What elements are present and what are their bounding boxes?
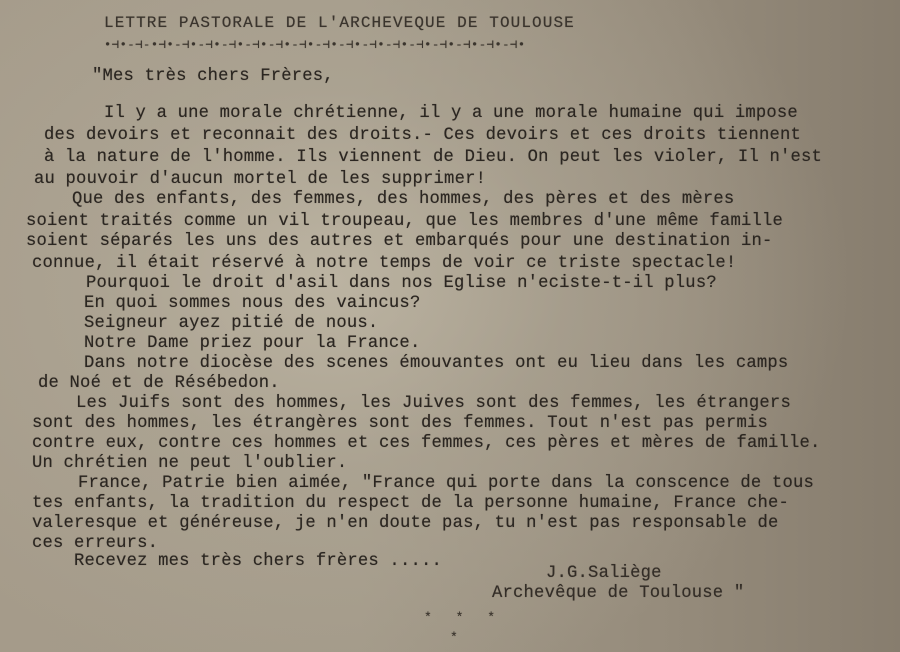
salutation: "Mes très chers Frères,	[92, 67, 334, 87]
body-line: de Noé et de Résébedon.	[38, 374, 280, 394]
body-line: ces erreurs.	[32, 534, 158, 554]
body-line: Il y a une morale chrétienne, il y a une…	[104, 104, 798, 124]
body-line: Pourquoi le droit d'asil dans nos Eglise…	[86, 274, 717, 294]
body-line: soient traités comme un vil troupeau, qu…	[26, 212, 783, 232]
body-line: connue, il était réservé à notre temps d…	[32, 254, 736, 274]
closing-ornament-star: *	[450, 628, 466, 648]
body-line: Dans notre diocèse des scenes émouvantes…	[84, 354, 788, 374]
body-line: Les Juifs sont des hommes, les Juives so…	[76, 394, 791, 414]
body-line: des devoirs et reconnait des droits.- Ce…	[44, 126, 801, 146]
closing-ornament-row: * * *	[424, 608, 503, 628]
body-line: Seigneur ayez pitié de nous.	[84, 314, 378, 334]
body-line: à la nature de l'homme. Ils viennent de …	[44, 148, 822, 168]
letter-title: LETTRE PASTORALE DE L'ARCHEVEQUE DE TOUL…	[104, 13, 575, 33]
body-line: au pouvoir d'aucun mortel de les supprim…	[34, 170, 486, 190]
body-line: Recevez mes très chers frères .....	[74, 552, 442, 572]
body-line: Notre Dame priez pour la France.	[84, 334, 420, 354]
signature-name: J.G.Saliège	[546, 564, 662, 584]
body-line: soient séparés les uns des autres et emb…	[26, 232, 773, 252]
scanned-letter-page: LETTRE PASTORALE DE L'ARCHEVEQUE DE TOUL…	[0, 0, 900, 652]
body-line: France, Patrie bien aimée, "France qui p…	[78, 474, 814, 494]
body-line: sont des hommes, les étrangères sont des…	[32, 414, 768, 434]
body-line: Un chrétien ne peut l'oublier.	[32, 454, 347, 474]
body-line: tes enfants, la tradition du respect de …	[32, 494, 789, 514]
signature-title: Archevêque de Toulouse "	[492, 584, 744, 604]
body-line: valeresque et généreuse, je n'en doute p…	[32, 514, 779, 534]
title-ornament: •⊣•-⊣-•⊣•-⊣•-⊣•-⊣•-⊣•-⊣•-⊣•-⊣•-⊣•-⊣•-⊣•-…	[104, 35, 526, 55]
body-line: Que des enfants, des femmes, des hommes,…	[72, 190, 734, 210]
body-line: contre eux, contre ces hommes et ces fem…	[32, 434, 821, 454]
body-line: En quoi sommes nous des vaincus?	[84, 294, 420, 314]
